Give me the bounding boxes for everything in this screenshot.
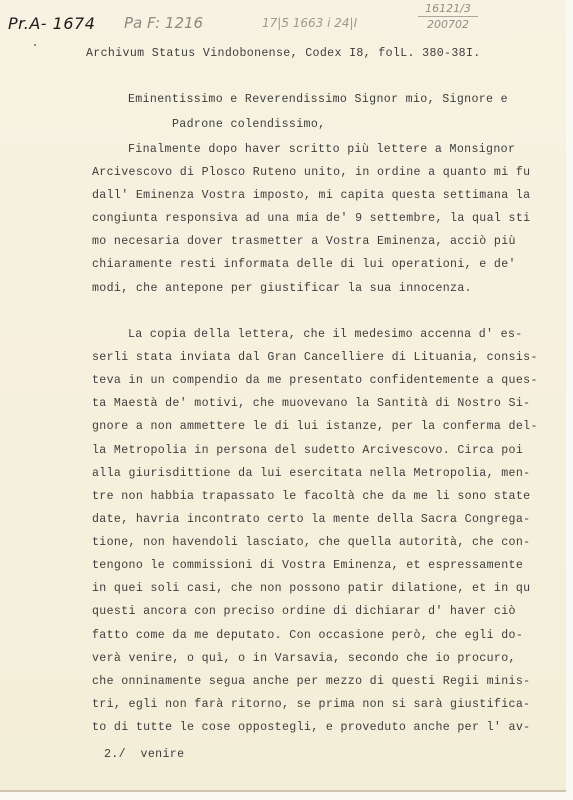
letter-line: fatto come da me deputato. Con occasione… (92, 629, 523, 642)
letter-line: mo necesaria dover trasmetter a Vostra E… (92, 235, 516, 248)
ink-reference-annotation: Pr.A- 1674 (8, 14, 95, 33)
page-footer-catchword: 2./ venire (104, 748, 184, 761)
pencil-date-annotation: 17|5 1663 i 24|I (262, 16, 357, 30)
letter-line: ta Maestà de' motivi, che muovevano la S… (92, 397, 530, 410)
letter-line: tre non habbia trapassato le facoltà che… (92, 490, 530, 503)
letter-line: congiunta responsiva ad una mia de' 9 se… (92, 212, 530, 225)
salutation-line-1: Eminentissimo e Reverendissimo Signor mi… (128, 93, 508, 106)
salutation-line-2: Padrone colendissimo, (172, 118, 325, 131)
catalog-number-bottom: 200702 (418, 17, 478, 31)
letter-line: modi, che antepone per giustificar la su… (92, 282, 472, 295)
letter-line: tione, non havendoli lasciato, che quell… (92, 536, 530, 549)
letter-line: verà venire, o quì, o in Varsavia, secon… (92, 652, 516, 665)
letter-line: la Metropolia in persona del sudetto Arc… (92, 444, 523, 457)
ink-dot (34, 44, 36, 46)
letter-line: dall' Eminenza Vostra imposto, mi capita… (92, 189, 530, 202)
catalog-number-annotation: 16121/3 200702 (418, 2, 478, 31)
letter-line: gnore a non ammettere le di lui istanze,… (92, 420, 538, 433)
letter-line: teva in un compendio da me presentato co… (92, 374, 538, 387)
letter-line: che onninamente segua anche per mezzo di… (92, 675, 530, 688)
letter-line: Finalmente dopo haver scritto più letter… (128, 143, 515, 156)
document-page: Pr.A- 1674 Pa F: 1216 17|5 1663 i 24|I 1… (0, 0, 567, 792)
letter-line: tengono le commissioni di Vostra Eminenz… (92, 559, 523, 572)
archive-reference: Archivum Status Vindobonense, Codex I8, … (86, 47, 481, 60)
letter-line: tri, egli non farà ritorno, se prima non… (92, 698, 530, 711)
letter-line: questi ancora con preciso ordine di dich… (92, 605, 516, 618)
letter-line: chiaramente resti informata delle di lui… (92, 258, 516, 271)
letter-line: Arcivescovo di Plosco Ruteno unito, in o… (92, 166, 530, 179)
letter-line: alla giurisdittione da lui esercitata ne… (92, 467, 530, 480)
page-edge-bottom (0, 792, 573, 800)
pencil-reference-annotation: Pa F: 1216 (124, 14, 203, 32)
letter-line: serli stata inviata dal Gran Cancelliere… (92, 351, 538, 364)
letter-line: date, havria incontrato certo la mente d… (92, 513, 530, 526)
letter-line: La copia della lettera, che il medesimo … (128, 328, 523, 341)
letter-line: to di tutte le cose oppostegli, e proved… (92, 721, 530, 734)
page-edge-right (566, 0, 573, 800)
catalog-number-top: 16121/3 (418, 2, 478, 17)
letter-line: in quei soli casi, che non possono patir… (92, 582, 530, 595)
